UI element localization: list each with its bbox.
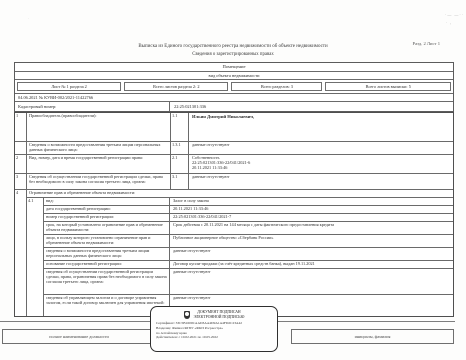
row-label: Правообладатель (правообладатели): — [27, 113, 171, 141]
cadastral-value: 22:25:021301:336 — [170, 102, 453, 111]
row-number: 2 — [15, 155, 27, 173]
row-number — [15, 142, 27, 154]
doc-subtitle: Сведения о зарегистрированных правах — [0, 52, 466, 57]
encumbrance-row: срок, на который установлено ограничение… — [44, 222, 453, 235]
row-label: вид: — [44, 198, 170, 205]
row-value: Договор купли-продажи (за счёт кредитных… — [170, 261, 453, 268]
document-header: Выписка из Единого государственного реес… — [0, 44, 466, 57]
row-number: 4 — [15, 190, 27, 316]
row-value: 22:25:021301:336-22/041/2021-7 — [170, 214, 453, 221]
row-subnumber: 4.1 — [27, 198, 44, 316]
coat-of-arms-icon — [184, 311, 190, 319]
document-page: ·― ―·· · , · Разд. 2 Лист 1 Выписка из Е… — [0, 0, 466, 360]
sheet-cell: Лист № 1 раздела 2 — [17, 82, 121, 91]
doc-number: 04.06.2021 № КУВИ-002/2021-11422766 — [15, 94, 453, 103]
row-value: Публичное акционерное общество «Сбербанк… — [170, 235, 453, 247]
position-title-box: полное наименование должности — [2, 329, 156, 344]
row-label: основание государственной регистрации: — [44, 261, 170, 268]
sheet-cell: Всего листов выписки: 5 — [325, 82, 451, 91]
stamp-heading: ЭЛЕКТРОННОЙ ПОДПИСЬЮ — [194, 315, 245, 320]
object-type: Помещение — [15, 63, 453, 72]
scan-artifact: · — [28, 16, 30, 21]
sheet-info-row: Лист № 1 раздела 2 Всего листов раздела … — [15, 80, 453, 93]
row-label: Сведения об осуществлении государственно… — [27, 174, 171, 189]
encumbrance-row: лицо, в пользу которого установлено огра… — [44, 235, 453, 248]
row-label: дата государственной регистрации: — [44, 206, 170, 213]
encumbrance-row: основание государственной регистрации: Д… — [44, 261, 453, 269]
owner-name: Ильин Дмитрий Николаевич, — [189, 113, 453, 141]
row-subnumber: 1.3.1 — [171, 142, 189, 154]
encumbrance-title: Ограничение прав и обременение объекта н… — [27, 190, 453, 198]
stamp-heading: ДОКУМЕНТ ПОДПИСАН — [194, 310, 245, 315]
encumbrance-row: дата государственной регистрации: 20.11.… — [44, 206, 453, 214]
sheet-cell: Всего разделов: 3 — [231, 82, 322, 91]
scan-artifact: ·― ―·· — [445, 12, 464, 17]
table-row: 3 Сведения об осуществлении государствен… — [15, 174, 453, 190]
object-type-caption: вид объекта недвижимости — [15, 72, 453, 81]
scan-artifact: · , — [446, 20, 452, 25]
digital-signature-stamp: ДОКУМЕНТ ПОДПИСАН ЭЛЕКТРОННОЙ ПОДПИСЬЮ С… — [150, 306, 278, 352]
row-number: 1 — [15, 113, 27, 141]
row-value: Залог в силу закона — [170, 198, 453, 205]
table-row: 2 Вид, номер, дата и время государственн… — [15, 155, 453, 174]
rights-table: 1 Правообладатель (правообладатели): 1.1… — [14, 112, 454, 317]
table-row: 1 Правообладатель (правообладатели): 1.1… — [15, 113, 453, 142]
doc-title: Выписка из Единого государственного реес… — [0, 44, 466, 49]
encumbrance-row: сведения о возможности предоставления тр… — [44, 248, 453, 261]
row-value: Срок действия с 20.11.2021 на 144 месяца… — [170, 222, 453, 234]
sheet-cell: Всего листов раздела 2: 2 — [124, 82, 228, 91]
row-label: лицо, в пользу которого установлено огра… — [44, 235, 170, 247]
row-value: данные отсутствуют — [170, 248, 453, 260]
position-title-label: полное наименование должности — [49, 334, 109, 339]
row-subnumber: 2.1 — [171, 155, 189, 173]
signatory-name-label: инициалы, фамилия — [355, 334, 391, 339]
cadastral-row: Кадастровый номер: 22:25:021301:336 — [15, 102, 453, 111]
row-label: номер государственной регистрации: — [44, 214, 170, 221]
row-value: 20.11.2021 11:33:46 — [170, 206, 453, 213]
row-value: данные отсутствуют — [189, 142, 453, 154]
cadastral-label: Кадастровый номер: — [15, 102, 170, 111]
row-subnumber: 3.1 — [171, 174, 189, 189]
row-subnumber: 1.1 — [171, 113, 189, 141]
header-table: Помещение вид объекта недвижимости Лист … — [14, 62, 454, 112]
stamp-line: Действителен: с 10.02.2021 по 10.05.2022 — [156, 335, 272, 340]
encumbrance-row: сведения об осуществлении государственно… — [44, 269, 453, 295]
encumbrance-block: 4 Ограничение прав и обременение объекта… — [15, 190, 453, 316]
table-row: Сведения о возможности предоставления тр… — [15, 142, 453, 155]
row-label: Сведения о возможности предоставления тр… — [27, 142, 171, 154]
row-label: Вид, номер, дата и время государственной… — [27, 155, 171, 173]
row-value: данные отсутствуют — [189, 174, 453, 189]
row-value: Собственность 22:25:021301:336-22/041/20… — [189, 155, 453, 173]
row-value: данные отсутствуют — [170, 269, 453, 294]
signatory-name-box: инициалы, фамилия — [291, 329, 454, 344]
encumbrance-row: номер государственной регистрации: 22:25… — [44, 214, 453, 222]
row-number: 3 — [15, 174, 27, 189]
row-label: сведения об осуществлении государственно… — [44, 269, 170, 294]
encumbrance-row: вид: Залог в силу закона — [44, 198, 453, 206]
row-label: срок, на который установлено ограничение… — [44, 222, 170, 234]
row-label: сведения о возможности предоставления тр… — [44, 248, 170, 260]
